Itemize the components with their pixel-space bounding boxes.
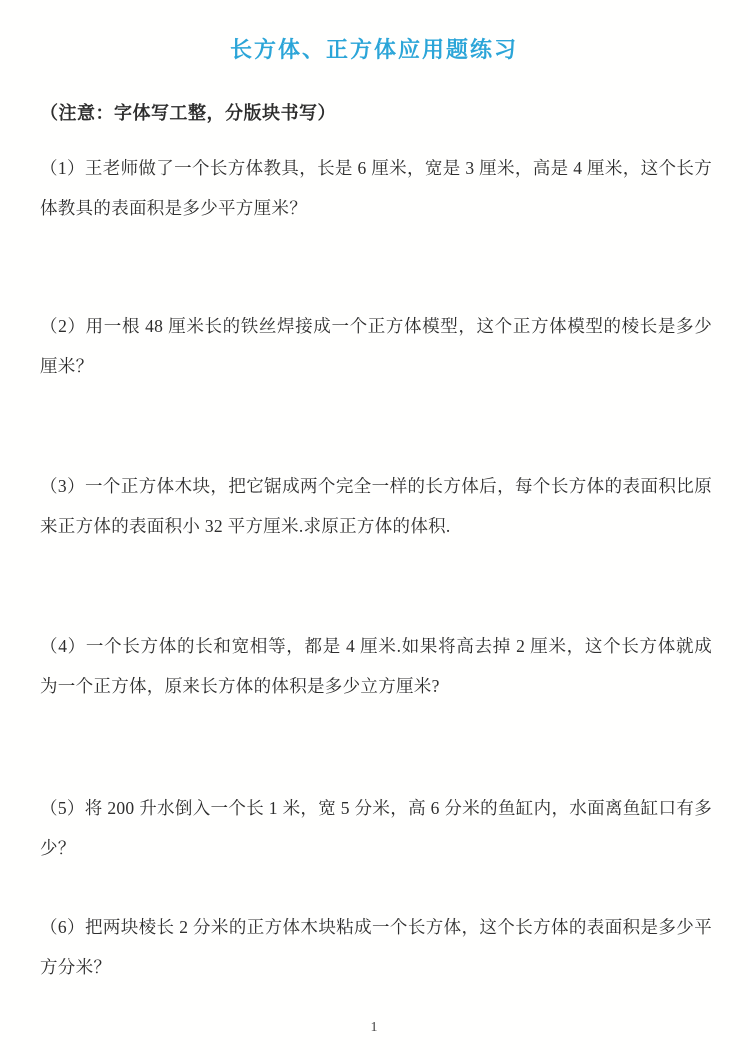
question-3: （3）一个正方体木块，把它锯成两个完全一样的长方体后，每个长方体的表面积比原来正… [40,466,712,546]
page-title: 长方体、正方体应用题练习 [0,33,748,64]
question-5: （5）将 200 升水倒入一个长 1 米，宽 5 分米，高 6 分米的鱼缸内，水… [40,788,712,868]
question-2: （2）用一根 48 厘米长的铁丝焊接成一个正方体模型，这个正方体模型的棱长是多少… [40,306,712,386]
worksheet-page: 长方体、正方体应用题练习 （注意：字体写工整，分版块书写） （1）王老师做了一个… [0,0,748,1059]
instruction-note: （注意：字体写工整，分版块书写） [40,99,710,125]
page-number: 1 [0,1020,748,1036]
question-6: （6）把两块棱长 2 分米的正方体木块粘成一个长方体，这个长方体的表面积是多少平… [40,907,712,987]
question-1: （1）王老师做了一个长方体教具，长是 6 厘米，宽是 3 厘米，高是 4 厘米，… [40,148,712,228]
question-4: （4）一个长方体的长和宽相等，都是 4 厘米.如果将高去掉 2 厘米，这个长方体… [40,626,712,706]
